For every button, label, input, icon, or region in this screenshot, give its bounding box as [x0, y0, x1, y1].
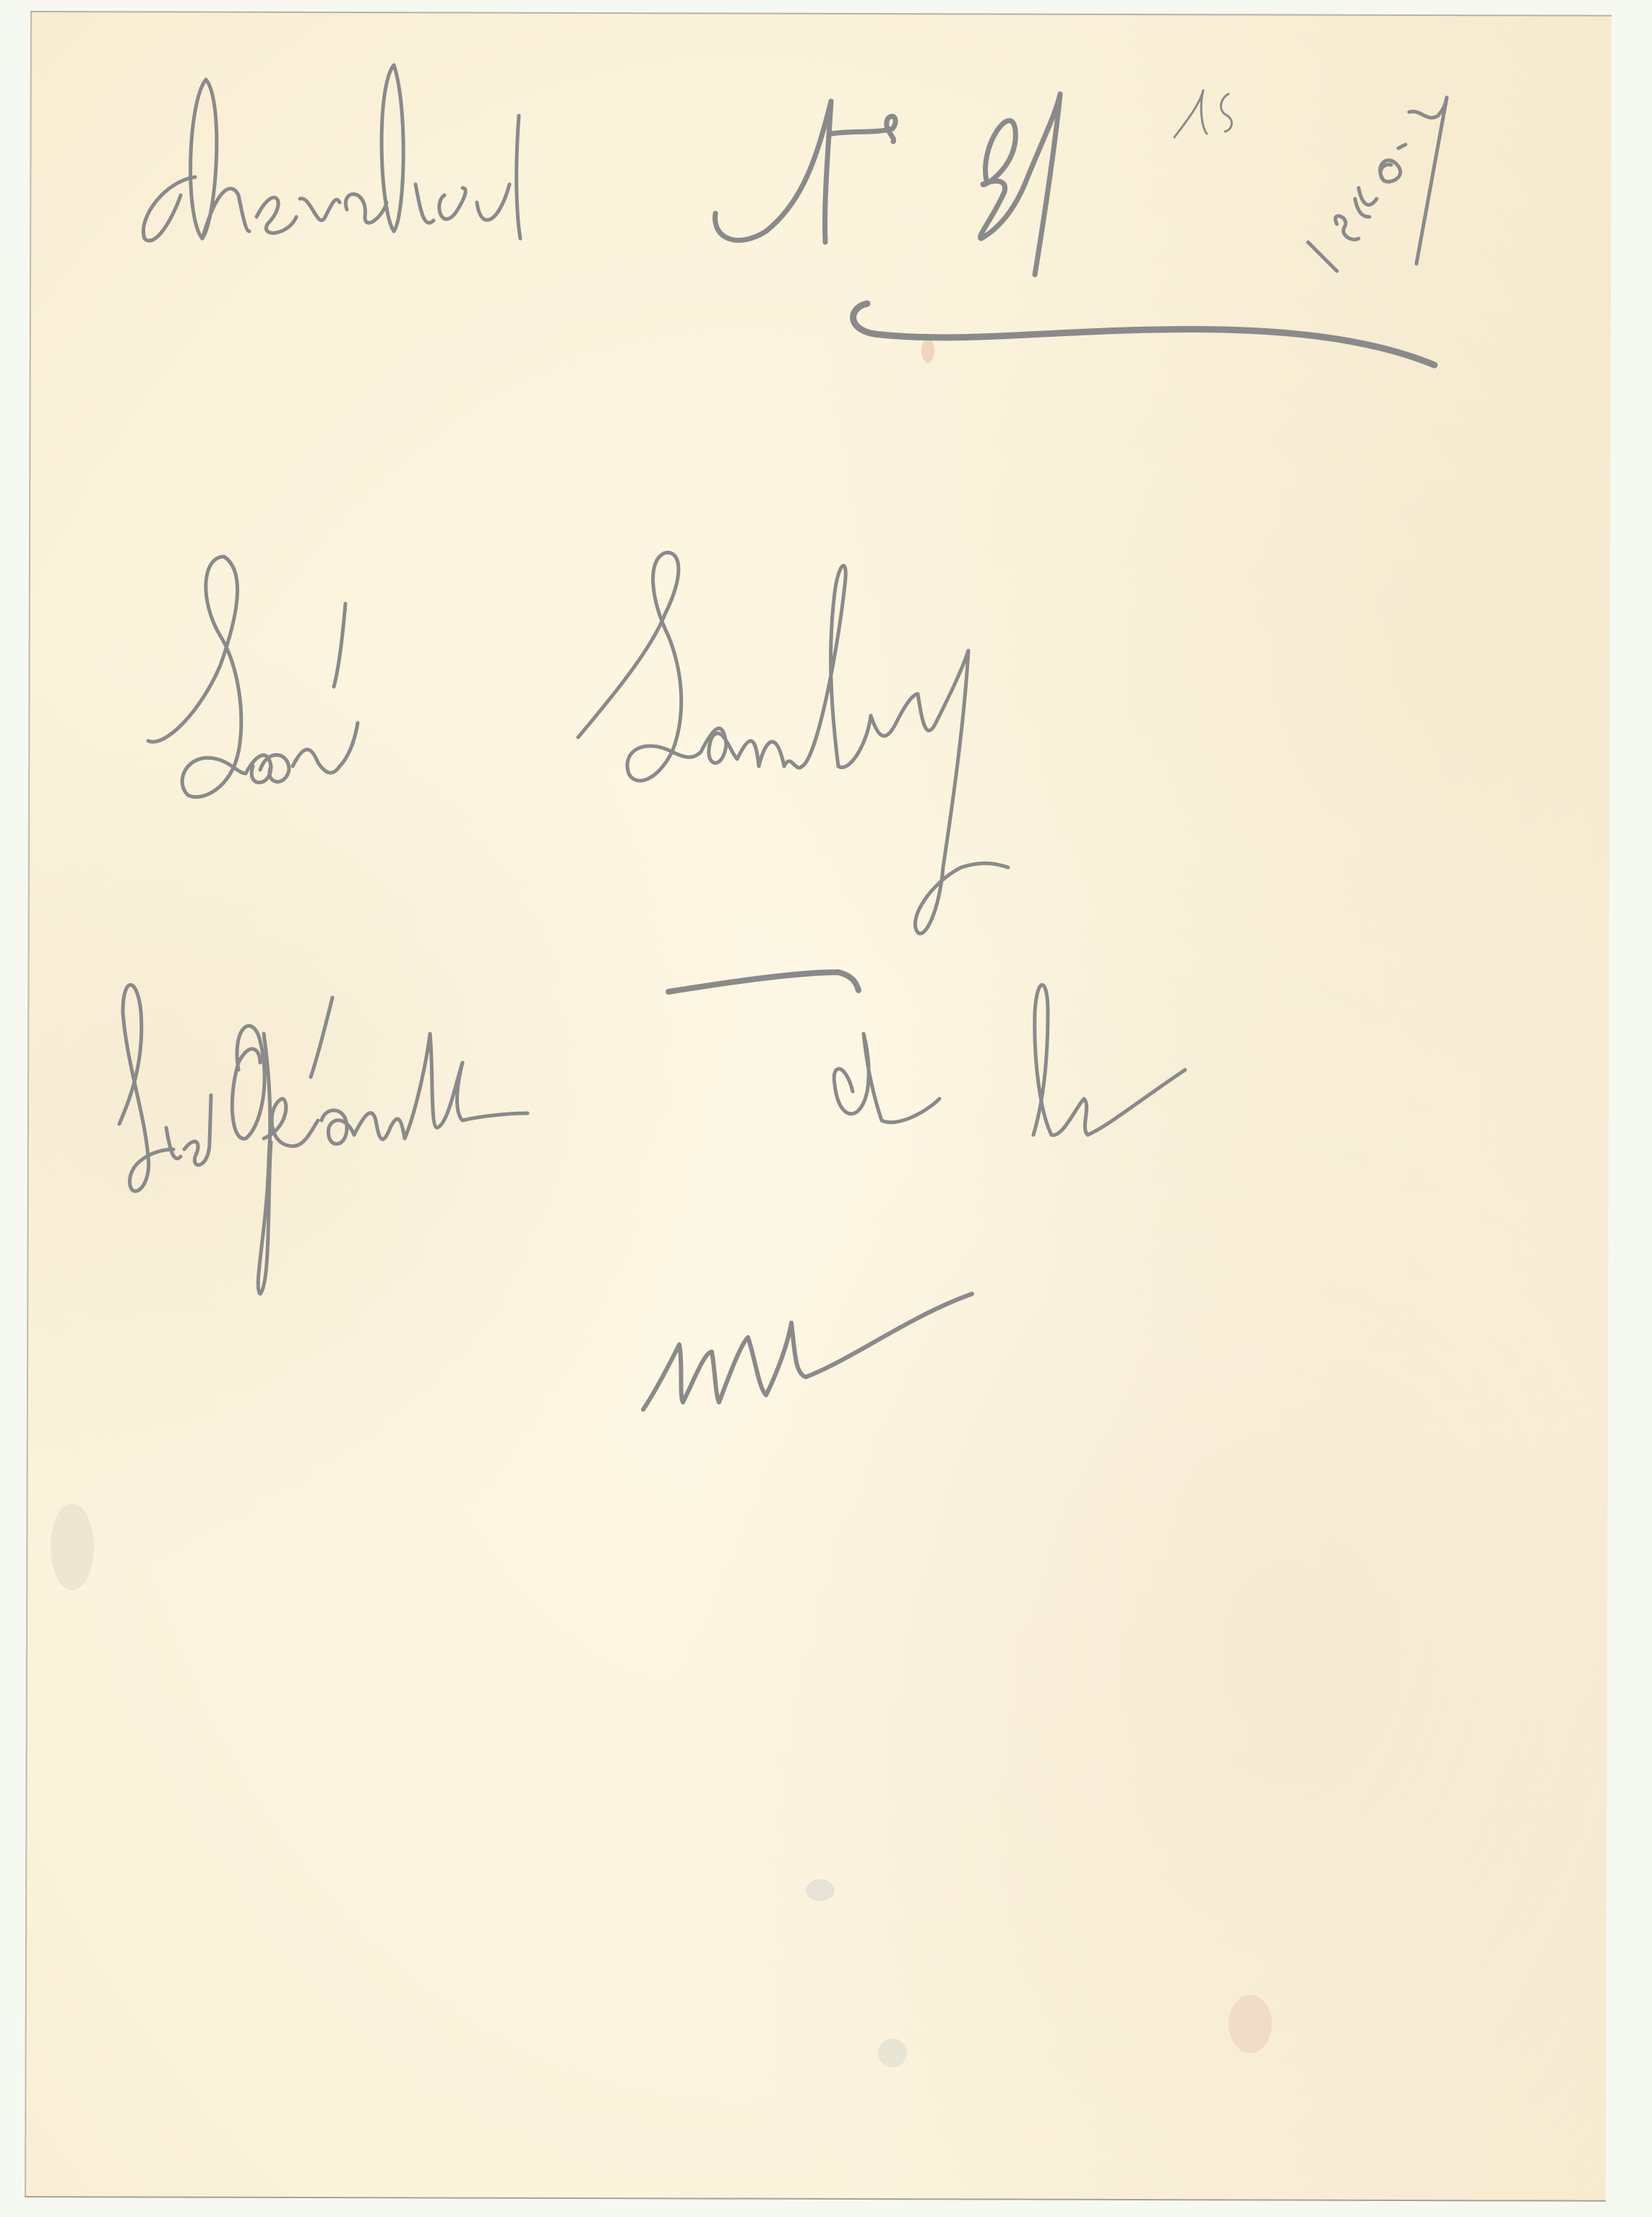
foxing-stain	[1229, 1995, 1272, 2053]
foxing-stain	[806, 1879, 835, 1901]
series-number: 21	[976, 159, 1077, 252]
book-title-line2: mer	[643, 1316, 833, 1425]
foxing-stain	[51, 1504, 94, 1590]
foxing-stain	[878, 2038, 907, 2067]
foxing-stain	[921, 338, 934, 363]
series-title: Chevaliers	[137, 166, 565, 259]
number-label: N°	[708, 159, 817, 252]
book-title-line1: Les Géants de la	[123, 1063, 1035, 1188]
author-name: Léon Lambry	[145, 687, 872, 812]
faint-note: 15	[1171, 90, 1226, 141]
